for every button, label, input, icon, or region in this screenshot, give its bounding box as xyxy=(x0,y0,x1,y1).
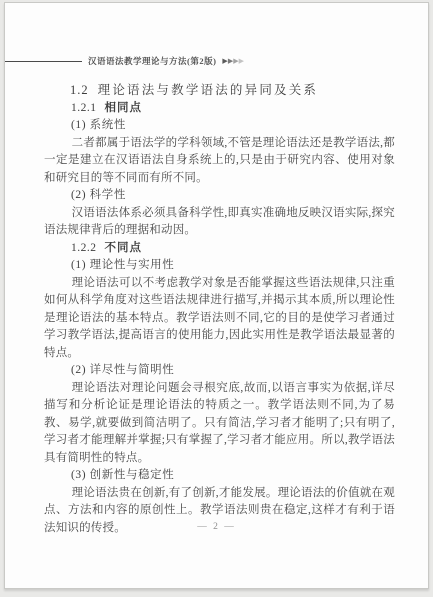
item-heading-theoretical-practical: (1) 理论性与实用性 xyxy=(44,257,395,275)
item-heading-innovative-stable: (3) 创新性与稳定性 xyxy=(44,467,395,485)
subsection-label: 相同点 xyxy=(105,102,143,114)
page-content: 1.2理论语法与教学语法的异同及关系 1.2.1相同点 (1) 系统性 二者都属… xyxy=(5,3,428,537)
paragraph-scientificity: 汉语语法体系必须具备科学性,即真实准确地反映汉语实际,探究语法规律背后的理据和动… xyxy=(44,205,395,240)
subsection-number: 1.2.2 xyxy=(71,242,97,254)
section-title-text: 理论语法与教学语法的异同及关系 xyxy=(98,83,319,97)
subsection-label: 不同点 xyxy=(105,242,143,254)
item-heading-scientificity: (2) 科学性 xyxy=(44,187,395,205)
subsection-heading-similarities: 1.2.1相同点 xyxy=(44,100,395,118)
subsection-heading-differences: 1.2.2不同点 xyxy=(44,240,395,258)
document-page: 汉语语法教学理论与方法(第2版) ▶▶▶▶ 1.2理论语法与教学语法的异同及关系… xyxy=(4,2,429,589)
subsection-number: 1.2.1 xyxy=(71,102,97,114)
scan-background: 汉语语法教学理论与方法(第2版) ▶▶▶▶ 1.2理论语法与教学语法的异同及关系… xyxy=(0,0,433,597)
section-title: 1.2理论语法与教学语法的异同及关系 xyxy=(44,82,395,100)
item-heading-systematicity: (1) 系统性 xyxy=(44,117,395,135)
item-heading-detailed-concise: (2) 详尽性与简明性 xyxy=(44,362,395,380)
paragraph-theoretical-practical: 理论语法可以不考虑教学对象是否能掌握这些语法规律,只注重如何从科学角度对这些语法… xyxy=(44,275,395,363)
paragraph-detailed-concise: 理论语法对理论问题会寻根究底,故而,以语言事实为依据,详尽描写和分析论证是理论语… xyxy=(44,380,395,468)
paragraph-systematicity: 二者都属于语法学的学科领域,不管是理论语法还是教学语法,都一定是建立在汉语语法自… xyxy=(44,135,395,188)
page-number: — 2 — xyxy=(5,522,428,532)
section-number: 1.2 xyxy=(70,83,89,97)
